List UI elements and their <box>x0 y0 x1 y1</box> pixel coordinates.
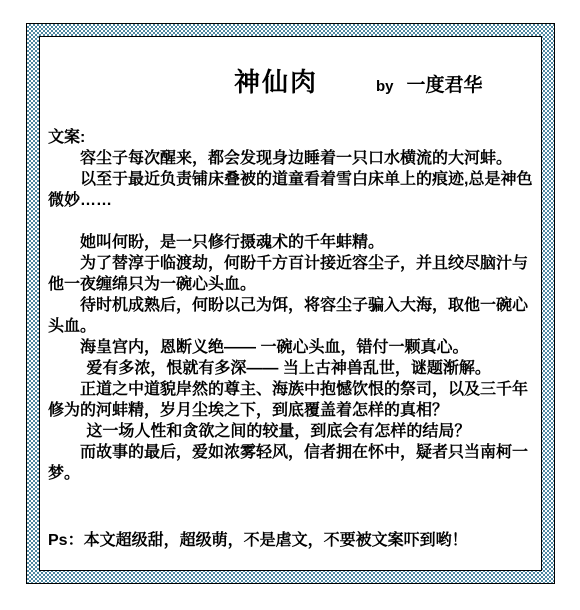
synopsis-paragraph-1: 以至于最近负责铺床叠被的道童看着雪白床单上的痕迹,总是神色微妙…… <box>48 169 533 211</box>
synopsis-paragraph-4: 待时机成熟后，何盼以己为饵，将容尘子骗入大海，取他一碗心头血。 <box>48 295 533 337</box>
synopsis-paragraph-7: 正道之中道貌岸然的尊主、海族中抱憾饮恨的祭司，以及三千年修为的河蚌精，岁月尘埃之… <box>48 379 533 421</box>
synopsis-paragraph-5: 海皇宫内，恩断义绝—— 一碗心头血，错付一颗真心。 <box>48 337 533 358</box>
synopsis-paragraph-6: 爱有多浓，恨就有多深—— 当上古神兽乱世，谜题渐解。 <box>48 358 533 379</box>
postscript-note: Ps：本文超级甜，超级萌，不是虐文，不要被文案吓到哟！ <box>48 530 533 551</box>
title-row: 神仙肉 by 一度君华 <box>48 67 533 98</box>
page-content: 神仙肉 by 一度君华 文案: 容尘子每次醒来，都会发现身边睡着一只口水横流的大… <box>39 36 542 571</box>
author-name: 一度君华 <box>407 70 483 97</box>
synopsis-paragraph-0: 容尘子每次醒来，都会发现身边睡着一只口水横流的大河蚌。 <box>48 148 533 169</box>
document-page: 神仙肉 by 一度君华 文案: 容尘子每次醒来，都会发现身边睡着一只口水横流的大… <box>0 0 580 610</box>
synopsis-paragraph-9: 而故事的最后，爱如浓雾轻风，信者拥在怀中，疑者只当南柯一梦。 <box>48 442 533 484</box>
synopsis-paragraph-3: 为了替淳于临渡劫，何盼千方百计接近容尘子，并且绞尽脑汁与他一夜缠绵只为一碗心头血… <box>48 253 533 295</box>
synopsis-section: 文案: 容尘子每次醒来，都会发现身边睡着一只口水横流的大河蚌。 以至于最近负责铺… <box>48 127 533 484</box>
synopsis-label: 文案: <box>48 127 533 148</box>
by-label: by <box>376 78 394 95</box>
synopsis-paragraph-2: 她叫何盼，是一只修行摄魂术的千年蚌精。 <box>48 232 533 253</box>
synopsis-paragraph-8: 这一场人性和贪欲之间的较量，到底会有怎样的结局？ <box>48 421 533 442</box>
decorative-pattern-border: 神仙肉 by 一度君华 文案: 容尘子每次醒来，都会发现身边睡着一只口水横流的大… <box>26 23 555 584</box>
book-title: 神仙肉 <box>234 67 318 98</box>
